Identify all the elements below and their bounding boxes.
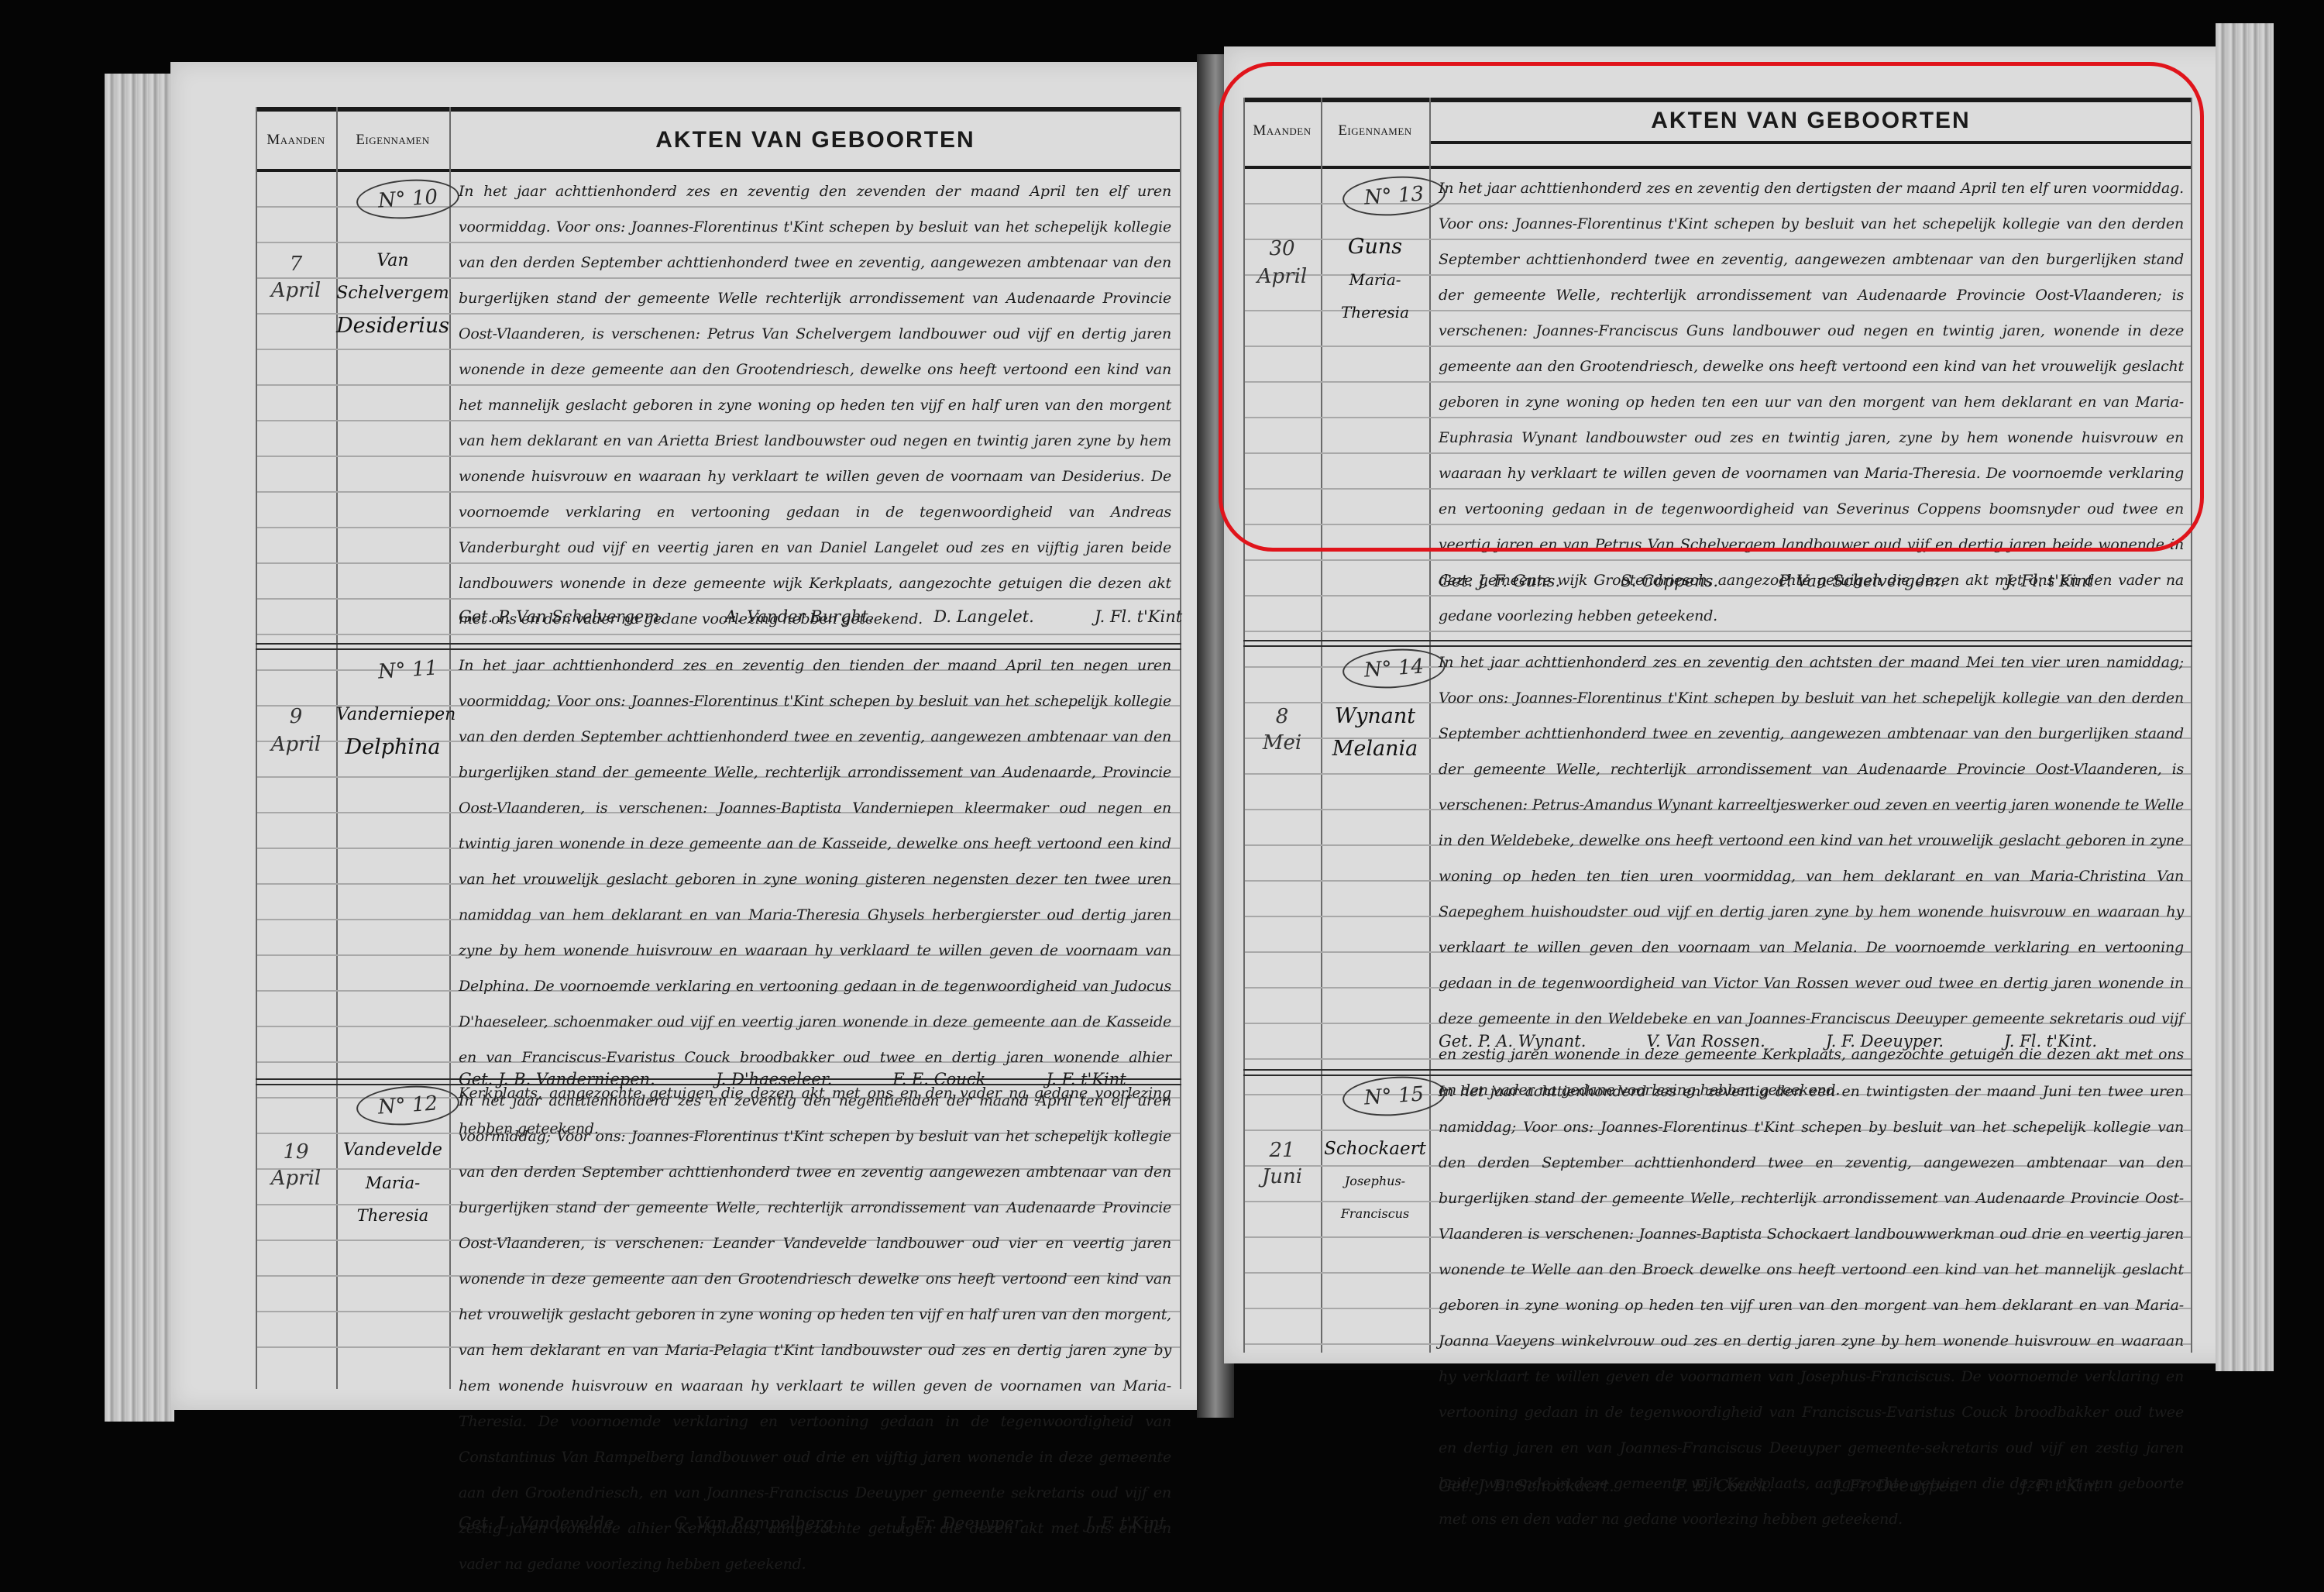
- entry-day: 21: [1243, 1139, 1321, 1162]
- entry-signatures: Get. P. Van Schelvergem. A. Vander Burgh…: [459, 607, 1182, 626]
- signature: D. Langelet.: [933, 607, 1034, 626]
- entry-given-name: Maria-Theresia: [336, 1167, 449, 1232]
- entry-month: Juni: [1243, 1165, 1321, 1188]
- entry-number: N° 10: [355, 176, 460, 222]
- entry-11: N° 11 9 April Vanderniepen Delphina In h…: [256, 648, 1181, 1078]
- signature: Get. P. A. Wynant.: [1439, 1032, 1586, 1050]
- entry-day: 7: [256, 253, 336, 276]
- left-page: Maanden Eigennamen AKTEN VAN GEBOORTEN N…: [170, 62, 1228, 1410]
- entry-10: N° 10 7 April Van Schelvergem Desiderius…: [256, 172, 1181, 643]
- entry-surname: Van Schelvergem: [336, 245, 449, 310]
- entry-15: N° 15 21 Juni Schockaert Josephus-Franci…: [1243, 1074, 2192, 1353]
- entry-signatures: Get. P. A. Wynant. V. Van Rossen. J. F. …: [1439, 1032, 2097, 1050]
- signature: Get. P. Van Schelvergem.: [459, 607, 665, 626]
- entry-month: April: [256, 279, 336, 302]
- entry-month: April: [256, 1167, 336, 1190]
- entry-signatures: Get. J. B. Schockaert. F. E. Couck. J. F…: [1439, 1477, 2100, 1495]
- signature: J. Fr. Deeuyper.: [1834, 1477, 1960, 1495]
- entry-text: In het jaar achttienhonderd zes en zeven…: [459, 1083, 1171, 1582]
- entry-number: N° 14: [1341, 645, 1446, 691]
- signature: J. F. Deeuyper.: [1826, 1032, 1944, 1050]
- signature: C. Van Rampelberg.: [674, 1514, 838, 1532]
- entry-given-name: Desiderius: [336, 310, 449, 342]
- entry-number: N° 15: [1341, 1073, 1446, 1119]
- header-maanden: Maanden: [256, 113, 336, 167]
- entry-given-name: Josephus-Franciscus: [1321, 1165, 1429, 1230]
- signature: Get. L. Vandevelde: [459, 1514, 614, 1532]
- entry-name: Schockaert Josephus-Franciscus: [1321, 1133, 1429, 1230]
- entry-text: In het jaar achttienhonderd zes en zeven…: [1439, 1074, 2184, 1537]
- entry-12: N° 12 19 April Vandevelde Maria-Theresia…: [256, 1083, 1181, 1389]
- entry-surname: Wynant: [1321, 700, 1429, 733]
- left-page-edges: [105, 74, 174, 1422]
- entry-day: 8: [1243, 705, 1321, 728]
- header-eigennamen: Eigennamen: [336, 113, 449, 167]
- header-title: AKTEN VAN GEBOORTEN: [449, 113, 1181, 167]
- highlight-annotation: [1219, 62, 2204, 552]
- signature: S. Coppens.: [1621, 572, 1718, 590]
- signature: J. F. t'Kint: [2020, 1477, 2100, 1495]
- signature: Get. J. F. Guns.: [1439, 572, 1560, 590]
- entry-14: N° 14 8 Mei Wynant Melania In het jaar a…: [1243, 645, 2192, 1069]
- entry-day: 19: [256, 1140, 336, 1164]
- signature: A. Vander Burght.: [725, 607, 873, 626]
- entry-signatures: Get. L. Vandevelde C. Van Rampelberg. J.…: [459, 1514, 1166, 1532]
- entry-month: April: [256, 733, 336, 756]
- entry-surname: Vanderniepen: [336, 699, 449, 731]
- signature: J. Fl. t'Kint: [2006, 572, 2093, 590]
- entry-name: Vandevelde Maria-Theresia: [336, 1134, 449, 1232]
- entry-month: Mei: [1243, 731, 1321, 755]
- left-register-table: Maanden Eigennamen AKTEN VAN GEBOORTEN N…: [256, 107, 1181, 1389]
- signature: J. Fr. Deeuyper.: [899, 1514, 1025, 1532]
- entry-name: Vanderniepen Delphina: [336, 699, 449, 764]
- entry-text: In het jaar achttienhonderd zes en zeven…: [459, 174, 1171, 637]
- signature: J. F. t'Kint: [1085, 1514, 1165, 1532]
- signature: F. E. Couck.: [1675, 1477, 1773, 1495]
- entry-surname: Schockaert: [1321, 1133, 1429, 1165]
- entry-signatures: Get. J. F. Guns. S. Coppens. P. Van Sche…: [1439, 572, 2093, 590]
- entry-given-name: Melania: [1321, 733, 1429, 765]
- signature: J. Fl. t'Kint: [1095, 607, 1182, 626]
- entry-name: Wynant Melania: [1321, 700, 1429, 765]
- signature: J. Fl. t'Kint.: [2004, 1032, 2097, 1050]
- entry-surname: Vandevelde: [336, 1134, 449, 1167]
- entry-day: 9: [256, 705, 336, 728]
- signature: Get. J. B. Schockaert.: [1439, 1477, 1614, 1495]
- entry-given-name: Delphina: [336, 731, 449, 764]
- entry-name: Van Schelvergem Desiderius: [336, 245, 449, 342]
- signature: P. Van Schelvergem.: [1779, 572, 1945, 590]
- signature: V. Van Rossen.: [1646, 1032, 1765, 1050]
- entry-number: N° 11: [355, 647, 460, 693]
- entry-number: N° 12: [355, 1082, 460, 1128]
- right-page-edges: [2216, 23, 2274, 1371]
